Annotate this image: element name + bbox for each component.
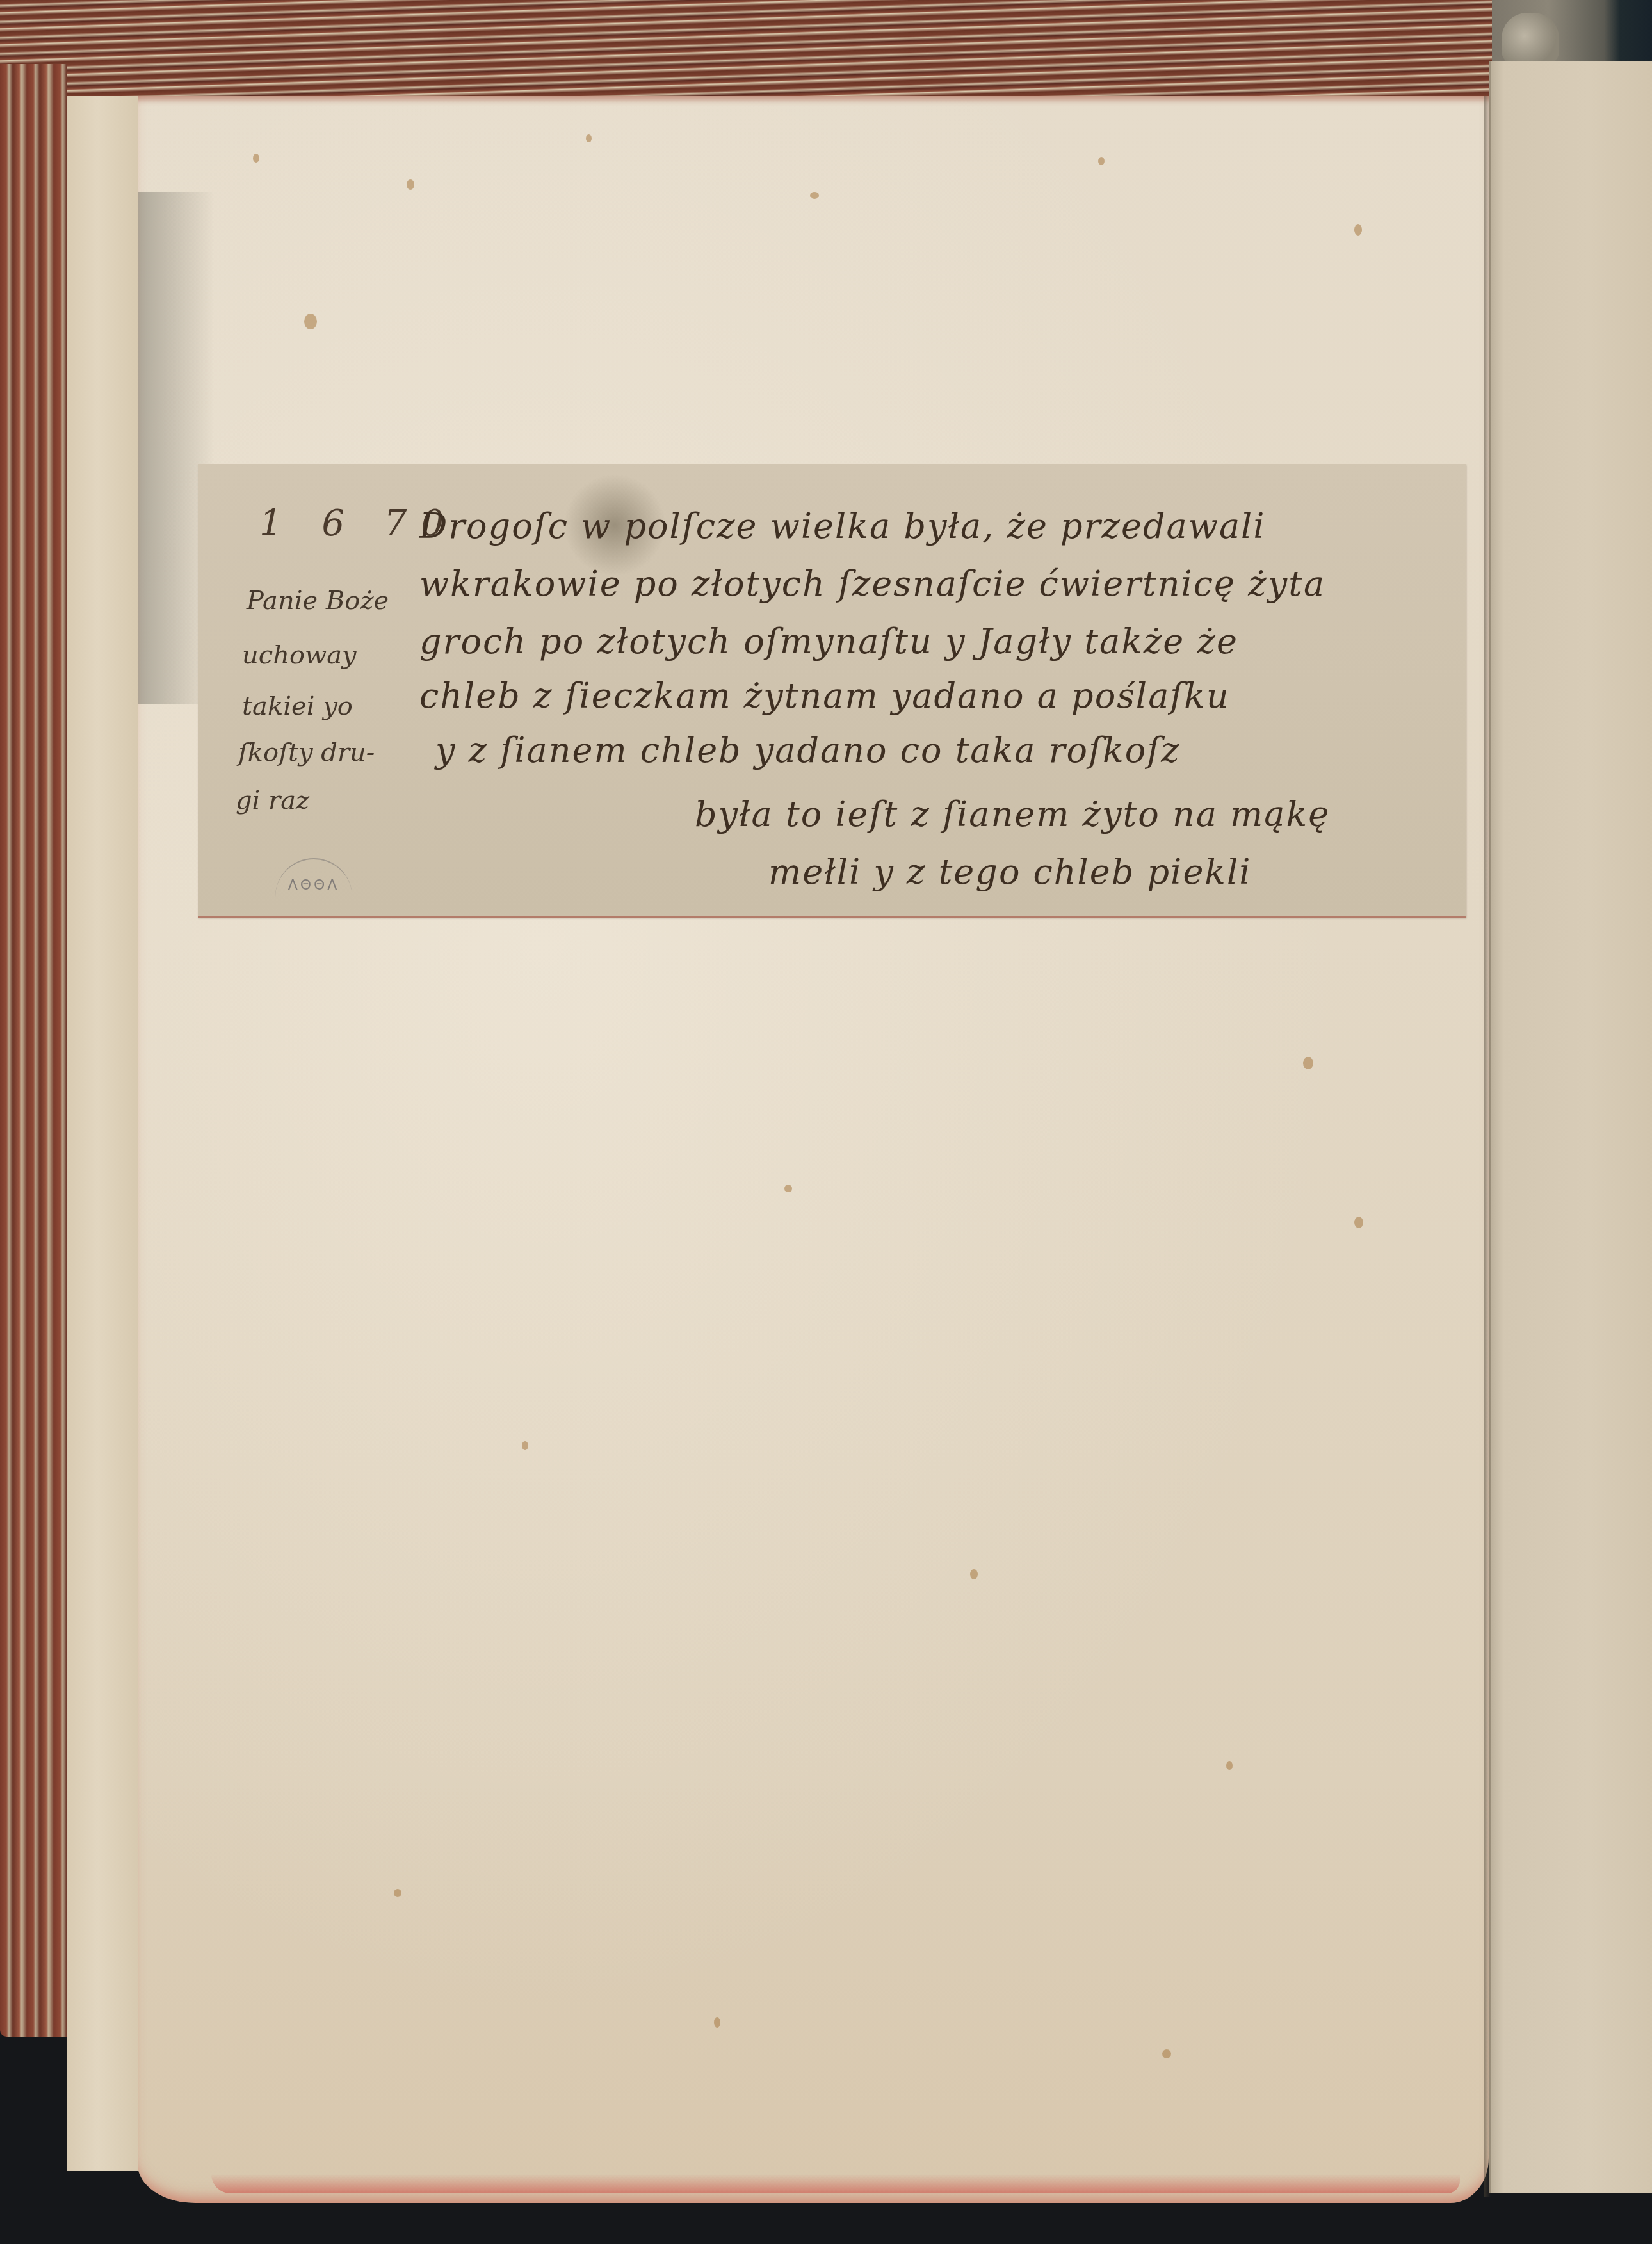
manuscript-page [138,96,1489,2203]
foxing-spot [1162,2049,1171,2058]
book-left-page-edges [0,64,67,2037]
note-line: wkrakowie po złotych ſzesnaſcie ćwiertni… [419,567,1325,601]
margin-note-line: Panie Boże [247,588,389,614]
foxing-spot [407,179,414,190]
book-gutter [1484,96,1491,2197]
book-top-page-edges [0,0,1492,102]
foxing-spot [394,1889,401,1897]
note-line: była to ieſt z ſianem żyto na mąkę [695,797,1330,832]
foxing-spot [714,2017,720,2028]
facing-page [1489,61,1652,2193]
margin-note-line: gi raz [236,788,309,813]
foxing-spot [522,1441,528,1450]
foxing-spot [1226,1761,1233,1770]
foxing-spot [810,192,819,199]
note-line: chleb z ſieczkam żytnam yadano a poślaſk… [419,679,1230,713]
foxing-spot [970,1569,978,1579]
binding-knot [1502,13,1559,64]
foxing-spot [1354,1217,1363,1228]
margin-note-line: takiei yo [242,694,353,719]
note-line: y z ſianem chleb yadano co taka roſkoſz [435,733,1181,768]
foxing-spot [784,1185,792,1192]
note-line: groch po złotych oſmynaſtu y Jagły także… [419,624,1238,659]
margin-note-line: ſkoſty dru- [238,740,375,765]
foxing-spot [586,134,592,142]
flyleaf-strip [67,96,144,2171]
foxing-spot [304,314,317,329]
note-line: Drogoſc w polſcze wielka była, że przeda… [419,509,1266,544]
foxing-spot [1098,157,1105,165]
note-line: mełli y z tego chleb piekli [768,855,1252,890]
red-page-edge-bottom [211,2174,1460,2193]
margin-note-line: uchoway [242,642,357,668]
foxing-spot [1354,224,1362,236]
foxing-spot [1303,1057,1313,1069]
foxing-spot [253,154,259,163]
